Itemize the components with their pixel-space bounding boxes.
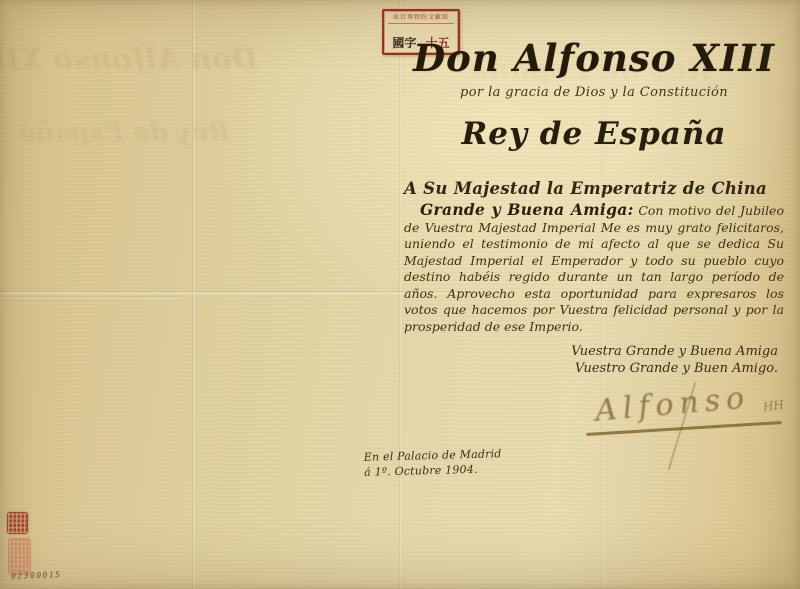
catalog-number: 02300015 xyxy=(11,570,62,581)
red-seal-dark xyxy=(7,512,28,534)
horizontal-fold-crease xyxy=(0,296,180,300)
salutation-line: A Su Majestad la Emperatriz de China xyxy=(404,179,784,199)
letter-subtitle: por la gracia de Dios y la Constitución xyxy=(404,85,784,100)
bleed-through-heading: Rey de España xyxy=(30,118,230,148)
closing-line-1: Vuestra Grande y Buena Amiga xyxy=(404,343,778,360)
seal-carving-pattern xyxy=(8,513,27,533)
letter-scan: Don Alfonso XIII Rey de España Rey de Es… xyxy=(0,0,800,589)
vertical-fold-crease xyxy=(399,0,403,589)
royal-signature: Alfonso xyxy=(594,380,752,428)
letter-heading: Rey de España xyxy=(404,116,784,152)
closing-lines: Vuestra Grande y Buena Amiga Vuestro Gra… xyxy=(404,343,784,377)
horizontal-fold-crease xyxy=(0,291,470,295)
vertical-fold-crease xyxy=(192,0,196,589)
letter-title: Don Alfonso XIII xyxy=(404,36,784,80)
date-line: á 1º. Octubre 1904. xyxy=(364,461,502,480)
place-date-block: En el Palacio de Madrid á 1º. Octubre 19… xyxy=(364,446,503,480)
seal-carving-pattern xyxy=(9,539,30,574)
bleed-through-title: Don Alfonso XIII xyxy=(28,42,258,77)
letter-body-paragraph: Grande y Buena Amiga: Con motivo del Jub… xyxy=(404,202,784,335)
signature-block: Alfonso HH xyxy=(404,381,784,445)
signature-rubric: HH xyxy=(762,398,785,415)
red-seal-light xyxy=(8,538,31,575)
salutation-lead: Grande y Buena Amiga: xyxy=(420,200,634,219)
letter-text-column: Don Alfonso XIII por la gracia de Dios y… xyxy=(404,36,784,445)
closing-line-2: Vuestro Grande y Buen Amigo. xyxy=(404,360,778,377)
archive-label-top-line: 故宮博物院文獻館 xyxy=(388,14,454,24)
letter-body-text: Con motivo del Jubileo de Vuestra Majest… xyxy=(404,203,784,334)
